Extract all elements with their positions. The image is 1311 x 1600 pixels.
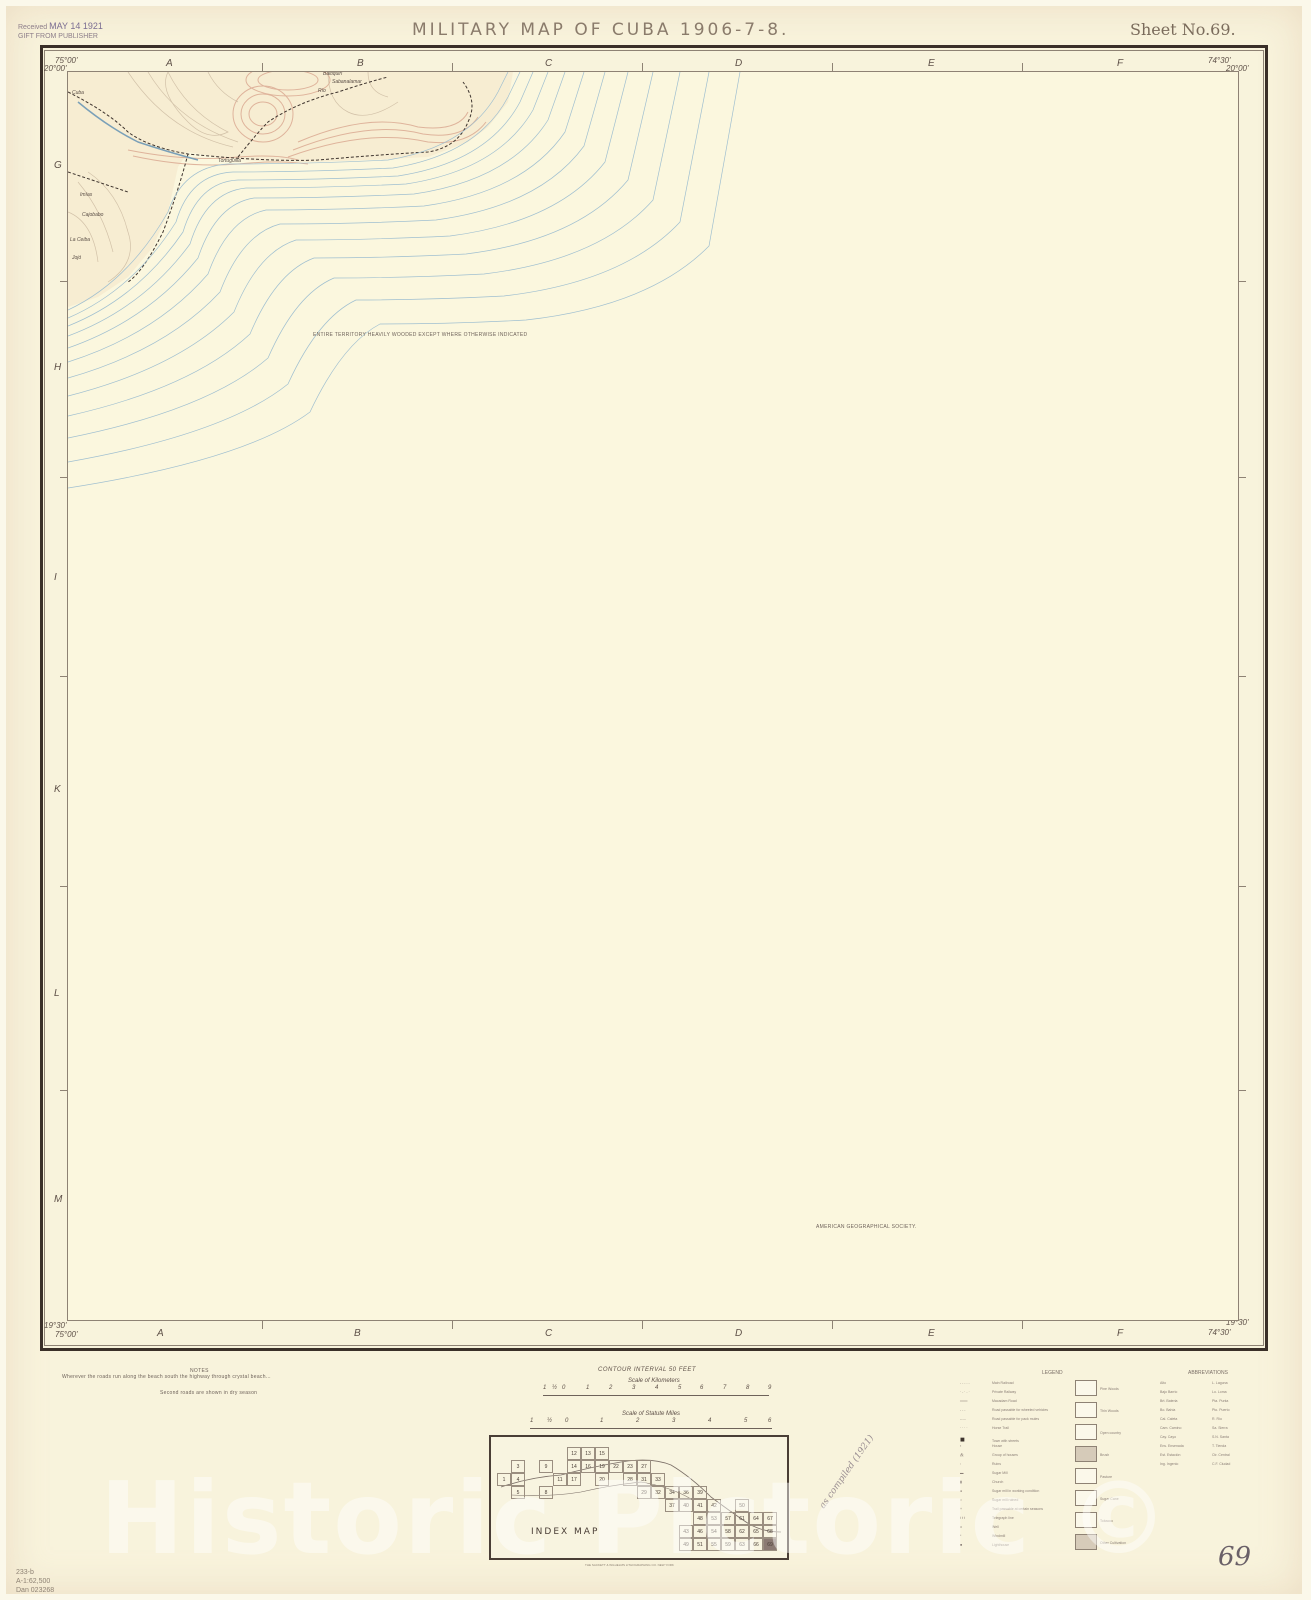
map-area[interactable]: Cuba Baitiquiri Sabanalamar Río Tortugui… xyxy=(67,71,1239,1321)
legend-item: - - -Road passable for wheeled vehicles xyxy=(960,1408,1048,1412)
index-sheet: 66 xyxy=(749,1538,763,1551)
legend-box-label: Thin Woods xyxy=(1100,1409,1119,1413)
grid-tick xyxy=(1238,1090,1246,1091)
index-sheet: 57 xyxy=(721,1512,735,1525)
abbr-item: Sa. Sierra xyxy=(1212,1426,1228,1430)
col-label-f-bottom: F xyxy=(1117,1328,1123,1339)
handwritten-sheet-number: 69 xyxy=(1218,1542,1251,1572)
notes-text: Wherever the roads run along the beach s… xyxy=(62,1374,302,1380)
col-label-c-bottom: C xyxy=(545,1328,552,1339)
row-label-i-left: I xyxy=(54,572,57,583)
scale-km-tick: 5 xyxy=(678,1385,681,1391)
legend-box-label: Pine Woods xyxy=(1100,1387,1119,1391)
grid-tick xyxy=(642,63,643,71)
credit-note: AMERICAN GEOGRAPHICAL SOCIETY. xyxy=(816,1224,917,1230)
index-sheet: 43 xyxy=(679,1525,693,1538)
map-title: MILITARY MAP OF CUBA 1906-7-8. xyxy=(412,20,789,40)
abbr-item: C.F. Ciudad xyxy=(1212,1462,1230,1466)
grid-tick xyxy=(1238,281,1246,282)
scale-km-tick: 4 xyxy=(655,1385,658,1391)
index-sheet: 68 xyxy=(763,1525,777,1538)
legend-item: - - - - -Main Railroad xyxy=(960,1381,1014,1385)
index-sheet: 4 xyxy=(511,1473,525,1486)
legend-item: ▬Sugar Mill xyxy=(960,1471,1008,1475)
scale-km-title: Scale of Kilometers xyxy=(628,1378,680,1384)
col-label-a-top: A xyxy=(166,58,173,69)
scale-km-tick: 0 xyxy=(562,1385,565,1391)
grid-tick xyxy=(262,63,263,71)
abbr-item: Cay. Cayo xyxy=(1160,1435,1176,1439)
index-map[interactable]: 12 13 15 3 9 14 16 19 22 23 27 1 4 11 17… xyxy=(489,1435,789,1560)
index-sheet: 23 xyxy=(623,1460,637,1473)
index-sheet: 15 xyxy=(595,1447,609,1460)
legend-item: ○Sugar mill ruined xyxy=(960,1498,1018,1502)
notes-sub: Second roads are shown in dry season xyxy=(160,1390,257,1396)
legend-box-pasture xyxy=(1075,1468,1097,1484)
legend-box-pine xyxy=(1075,1380,1097,1396)
coord-bottom-right-lon: 74°30' xyxy=(1208,1328,1231,1337)
scale-km-tick: 6 xyxy=(700,1385,703,1391)
index-sheet: 55 xyxy=(707,1538,721,1551)
grid-tick xyxy=(1238,676,1246,677)
row-label-k-left: K xyxy=(54,784,61,795)
scale-miles-tick: 6 xyxy=(768,1418,771,1424)
index-sheet: 8 xyxy=(539,1486,553,1499)
col-label-d-top: D xyxy=(735,58,742,69)
index-sheet: 5 xyxy=(511,1486,525,1499)
stamp-gift: GIFT FROM PUBLISHER xyxy=(18,32,103,41)
legend-box-label: Tobacco xyxy=(1100,1519,1113,1523)
legend-item: ═══Macadam Road xyxy=(960,1399,1017,1403)
index-sheet: 40 xyxy=(679,1499,693,1512)
abbr-item: S.N. Santa xyxy=(1212,1435,1229,1439)
index-sheet: 46 xyxy=(693,1525,707,1538)
index-sheet: 1 xyxy=(497,1473,511,1486)
index-sheet: 17 xyxy=(567,1473,581,1486)
abbr-item: R. Río xyxy=(1212,1417,1222,1421)
place-label: Sabanalamar xyxy=(332,79,362,85)
abbreviations-title: ABBREVIATIONS xyxy=(1188,1370,1228,1376)
legend-item: · · · ·Horse Trail xyxy=(960,1426,1009,1430)
index-sheet: 3 xyxy=(511,1460,525,1473)
col-label-d-bottom: D xyxy=(735,1328,742,1339)
abbr-item: Bo. Bahía xyxy=(1160,1408,1175,1412)
scale-miles-tick: 3 xyxy=(672,1418,675,1424)
legend-box-label: Sugar Cane xyxy=(1100,1497,1119,1501)
index-sheet: 48 xyxy=(693,1512,707,1525)
scale-miles-tick: ½ xyxy=(547,1418,552,1424)
legend-box-other xyxy=(1075,1534,1097,1550)
row-label-h-left: H xyxy=(54,362,61,373)
grid-tick xyxy=(452,63,453,71)
abbr-item: Cal. Caleta xyxy=(1160,1417,1177,1421)
col-label-b-top: B xyxy=(357,58,364,69)
row-label-g-left: G xyxy=(54,160,62,171)
topography-svg xyxy=(68,72,1239,1321)
abbr-item: Brt. Bateria xyxy=(1160,1399,1178,1403)
col-label-f-top: F xyxy=(1117,58,1123,69)
coord-bottom-left-lat: 19°30' xyxy=(44,1321,67,1330)
legend-item: ⁂Group of houses xyxy=(960,1453,1018,1457)
index-sheet: 53 xyxy=(707,1512,721,1525)
abbr-item: L. Laguna xyxy=(1212,1381,1228,1385)
wooded-note: ENTIRE TERRITORY HEAVILY WOODED EXCEPT W… xyxy=(313,332,527,338)
scale-km-tick: 7 xyxy=(723,1385,726,1391)
legend-box-label: Open country xyxy=(1100,1431,1121,1435)
index-sheet: 20 xyxy=(595,1473,609,1486)
abbr-item: Pto. Puerto xyxy=(1212,1408,1230,1412)
place-label: Río xyxy=(318,88,326,94)
abbr-item: Est. Estación xyxy=(1160,1453,1180,1457)
scale-km-tick: 8 xyxy=(746,1385,749,1391)
scale-miles-tick: 1 xyxy=(600,1418,603,1424)
row-label-m-left: M xyxy=(54,1194,62,1205)
scale-km-bar xyxy=(543,1395,769,1396)
scale-km-tick: 9 xyxy=(768,1385,771,1391)
index-sheet: 41 xyxy=(693,1499,707,1512)
legend-box-label: Other Cultivation xyxy=(1100,1541,1126,1545)
legend-item: +Trail passable at certain seasons xyxy=(960,1507,1043,1511)
legend-item: t t tTelegraph line xyxy=(960,1516,1014,1520)
index-sheet: 42 xyxy=(707,1499,721,1512)
index-sheet: 49 xyxy=(679,1538,693,1551)
legend-title: LEGEND xyxy=(1042,1370,1063,1376)
index-sheet: 14 xyxy=(567,1460,581,1473)
legend-item: · - · - ·Private Railway xyxy=(960,1390,1016,1394)
publisher-imprint: THE SACKETT & WILHELMS LITHOGRAPHING CO.… xyxy=(585,1563,674,1567)
place-label: Cajobabo xyxy=(82,212,103,218)
legend-item: *Windmill xyxy=(960,1534,1005,1538)
index-sheet: 33 xyxy=(651,1473,665,1486)
place-label: Tortuguilla xyxy=(218,158,241,164)
index-sheet: 34 xyxy=(665,1486,679,1499)
legend-item: ■Town with streets xyxy=(960,1435,1019,1444)
index-map-label: INDEX MAP xyxy=(531,1527,599,1537)
index-sheet: 63 xyxy=(735,1538,749,1551)
accession-stamp: Received MAY 14 1921 GIFT FROM PUBLISHER xyxy=(18,22,103,41)
coord-top-left-lat: 20°00' xyxy=(44,64,67,73)
abbr-item: Ctr. Central xyxy=(1212,1453,1230,1457)
scale-miles-bar xyxy=(530,1428,772,1429)
legend-box-open xyxy=(1075,1424,1097,1440)
sheet-number: Sheet No.69. xyxy=(1130,20,1236,39)
legend-box-thin-woods xyxy=(1075,1402,1097,1418)
index-sheet: 27 xyxy=(637,1460,651,1473)
row-label-l-left: L xyxy=(54,988,60,999)
legend-item: ▮Church xyxy=(960,1480,1003,1484)
col-label-e-top: E xyxy=(928,58,935,69)
legend-item: ●Sugar mill in working condition xyxy=(960,1489,1039,1493)
abbr-item: Bajo Barrio xyxy=(1160,1390,1177,1394)
abbr-item: Alto xyxy=(1160,1381,1166,1385)
legend-box-tobacco xyxy=(1075,1512,1097,1528)
scale-km-tick: ½ xyxy=(552,1385,557,1391)
index-sheet: 58 xyxy=(721,1525,735,1538)
grid-tick xyxy=(1238,477,1246,478)
scale-miles-tick: 0 xyxy=(565,1418,568,1424)
catalog-number: 233-b A-1:62,500 Dan 023268 xyxy=(16,1568,54,1595)
index-sheet: 61 xyxy=(735,1512,749,1525)
scale-miles-tick: 5 xyxy=(744,1418,747,1424)
index-sheet: 11 xyxy=(553,1473,567,1486)
index-sheet: 9 xyxy=(539,1460,553,1473)
grid-tick xyxy=(262,1321,263,1329)
legend-item: oWell xyxy=(960,1525,999,1529)
legend-item: ■Lighthouse xyxy=(960,1543,1009,1547)
place-label: La Ceiba xyxy=(70,237,90,243)
land-area xyxy=(68,72,513,307)
col-label-a-bottom: A xyxy=(157,1328,164,1339)
index-sheet: 37 xyxy=(665,1499,679,1512)
index-sheet: 59 xyxy=(721,1538,735,1551)
index-sheet: 67 xyxy=(763,1512,777,1525)
index-sheet: 16 xyxy=(581,1460,595,1473)
catalog-line: 233-b xyxy=(16,1568,54,1577)
legend-box-label: Brush xyxy=(1100,1453,1109,1457)
coord-bottom-left-lon: 75°00' xyxy=(55,1330,78,1339)
place-label: Imías xyxy=(80,192,92,198)
grid-tick xyxy=(452,1321,453,1329)
contour-interval: CONTOUR INTERVAL 50 FEET xyxy=(598,1367,696,1373)
grid-tick xyxy=(832,1321,833,1329)
grid-tick xyxy=(1238,886,1246,887)
index-sheet: 32 xyxy=(651,1486,665,1499)
abbr-item: Pta. Punta xyxy=(1212,1399,1228,1403)
scale-km-tick: 1 xyxy=(586,1385,589,1391)
index-sheet: 64 xyxy=(749,1512,763,1525)
index-sheet: 31 xyxy=(637,1473,651,1486)
abbr-item: Cam. Camino xyxy=(1160,1426,1181,1430)
scale-km-tick: 1 xyxy=(543,1385,546,1391)
index-sheet: 51 xyxy=(693,1538,707,1551)
legend-item: -----Road passable for pack mules xyxy=(960,1417,1039,1421)
grid-tick xyxy=(1022,1321,1023,1329)
stamp-received: Received xyxy=(18,24,47,31)
index-sheet: 13 xyxy=(581,1447,595,1460)
index-sheet: 65 xyxy=(749,1525,763,1538)
legend-item: ▫Ruins xyxy=(960,1462,1001,1466)
index-sheet: 12 xyxy=(567,1447,581,1460)
place-label: Baitiquiri xyxy=(323,71,342,77)
index-sheet: 54 xyxy=(707,1525,721,1538)
catalog-line: Dan 023268 xyxy=(16,1586,54,1595)
grid-tick xyxy=(1022,63,1023,71)
catalog-line: A-1:62,500 xyxy=(16,1577,54,1586)
index-sheet-current: 69 xyxy=(763,1538,777,1551)
legend-box-brush xyxy=(1075,1446,1097,1462)
scale-miles-title: Scale of Statute Miles xyxy=(622,1411,680,1417)
index-sheet: 50 xyxy=(735,1499,749,1512)
place-label: Jojó xyxy=(72,255,81,261)
abbr-item: Lo. Loma xyxy=(1212,1390,1227,1394)
index-sheet: 19 xyxy=(595,1460,609,1473)
grid-tick xyxy=(832,63,833,71)
scale-km-tick: 3 xyxy=(632,1385,635,1391)
index-sheet: 62 xyxy=(735,1525,749,1538)
index-sheet: 39 xyxy=(693,1486,707,1499)
col-label-c-top: C xyxy=(545,58,552,69)
abbr-item: Ens. Ensenada xyxy=(1160,1444,1184,1448)
index-sheet: 28 xyxy=(623,1473,637,1486)
index-sheet: 22 xyxy=(609,1460,623,1473)
scale-miles-tick: 2 xyxy=(636,1418,639,1424)
index-sheet: 36 xyxy=(679,1486,693,1499)
abbr-item: T. Tienda xyxy=(1212,1444,1226,1448)
scale-miles-tick: 1 xyxy=(530,1418,533,1424)
stamp-date: MAY 14 1921 xyxy=(49,21,103,31)
legend-box-label: Pasture xyxy=(1100,1475,1112,1479)
index-sheet: 29 xyxy=(637,1486,651,1499)
legend-box-sugar-cane xyxy=(1075,1490,1097,1506)
grid-tick xyxy=(642,1321,643,1329)
scale-km-tick: 2 xyxy=(609,1385,612,1391)
abbr-item: Ing. Ingenio xyxy=(1160,1462,1178,1466)
col-label-b-bottom: B xyxy=(354,1328,361,1339)
place-label: Cuba xyxy=(72,90,84,96)
legend-item: ▪House xyxy=(960,1444,1002,1448)
col-label-e-bottom: E xyxy=(928,1328,935,1339)
scale-miles-tick: 4 xyxy=(708,1418,711,1424)
